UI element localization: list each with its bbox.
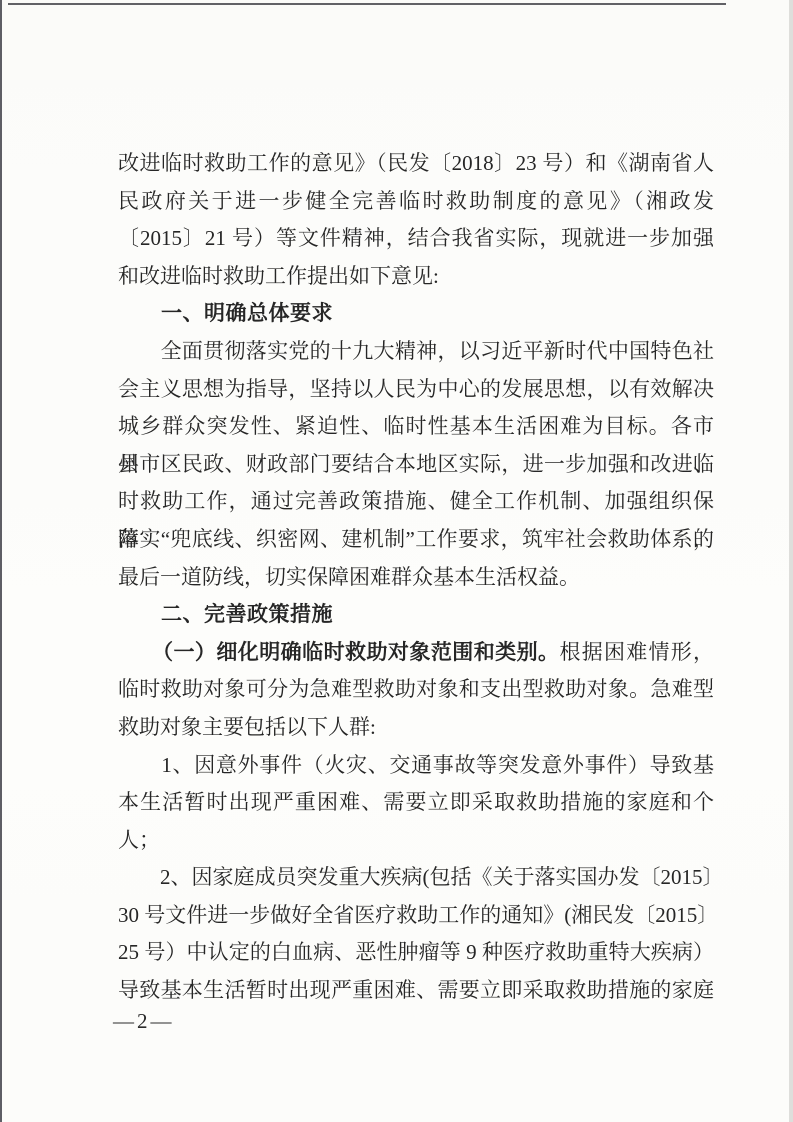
- text-line: 人；: [118, 822, 714, 860]
- text-line: 和改进临时救助工作提出如下意见:: [118, 258, 714, 296]
- scan-edge-top-line: [8, 3, 726, 5]
- text-line: 二、完善政策措施: [118, 596, 714, 634]
- text-line: 改进临时救助工作的意见》（民发〔2018〕23 号）和《湖南省人: [118, 145, 714, 183]
- text-line: （一）细化明确临时救助对象范围和类别。根据困难情形，: [118, 634, 714, 672]
- paragraph: （一）细化明确临时救助对象范围和类别。根据困难情形，临时救助对象可分为急难型救助…: [118, 634, 714, 747]
- section-heading: 一、明确总体要求: [118, 295, 714, 333]
- text-line: 落实“兜底线、织密网、建机制”工作要求，筑牢社会救助体系的: [118, 521, 714, 559]
- text-line: 会主义思想为指导，坚持以人民为中心的发展思想，以有效解决: [118, 371, 714, 409]
- text-line: 救助对象主要包括以下人群:: [118, 709, 714, 747]
- page-number: —2—: [113, 1006, 175, 1036]
- paragraph: 全面贯彻落实党的十九大精神，以习近平新时代中国特色社会主义思想为指导，坚持以人民…: [118, 333, 714, 596]
- text-line: 全面贯彻落实党的十九大精神，以习近平新时代中国特色社: [118, 333, 714, 371]
- paragraph: 1、因意外事件（火灾、交通事故等突发意外事件）导致基本生活暂时出现严重困难、需要…: [118, 747, 714, 860]
- text-line: 2、因家庭成员突发重大疾病(包括《关于落实国办发〔2015〕: [118, 859, 714, 897]
- text-line: 导致基本生活暂时出现严重困难、需要立即采取救助措施的家庭: [118, 972, 714, 1010]
- text-line: 临时救助对象可分为急难型救助对象和支出型救助对象。急难型: [118, 671, 714, 709]
- body-text: 根据困难情形，: [560, 640, 715, 664]
- scanned-document-page: 改进临时救助工作的意见》（民发〔2018〕23 号）和《湖南省人民政府关于进一步…: [0, 0, 793, 1122]
- text-line: 最后一道防线，切实保障困难群众基本生活权益。: [118, 559, 714, 597]
- paragraph: 改进临时救助工作的意见》（民发〔2018〕23 号）和《湖南省人民政府关于进一步…: [118, 145, 714, 295]
- text-line: 〔2015〕21 号）等文件精神，结合我省实际，现就进一步加强: [118, 220, 714, 258]
- text-line: 25 号）中认定的白血病、恶性肿瘤等 9 种医疗救助重特大疾病）: [118, 934, 714, 972]
- text-line: 城乡群众突发性、紧迫性、临时性基本生活困难为目标。各市州、: [118, 408, 714, 446]
- section-heading: 二、完善政策措施: [118, 596, 714, 634]
- text-line: 时救助工作，通过完善政策措施、健全工作机制、加强组织保障，: [118, 483, 714, 521]
- text-line: 1、因意外事件（火灾、交通事故等突发意外事件）导致基: [118, 747, 714, 785]
- text-line: 县市区民政、财政部门要结合本地区实际，进一步加强和改进临: [118, 446, 714, 484]
- paragraph: 2、因家庭成员突发重大疾病(包括《关于落实国办发〔2015〕30 号文件进一步做…: [118, 859, 714, 1009]
- scan-edge-right-shade: [789, 0, 793, 1122]
- text-line: 民政府关于进一步健全完善临时救助制度的意见》（湘政发: [118, 183, 714, 221]
- emphasis-text: （一）细化明确临时救助对象范围和类别。: [163, 640, 560, 664]
- text-line: 一、明确总体要求: [118, 295, 714, 333]
- document-body: 改进临时救助工作的意见》（民发〔2018〕23 号）和《湖南省人民政府关于进一步…: [118, 145, 714, 1010]
- scan-edge-left-line: [0, 0, 2, 1122]
- body-text: [118, 640, 163, 664]
- text-line: 本生活暂时出现严重困难、需要立即采取救助措施的家庭和个: [118, 784, 714, 822]
- text-line: 30 号文件进一步做好全省医疗救助工作的通知》(湘民发〔2015〕: [118, 897, 714, 935]
